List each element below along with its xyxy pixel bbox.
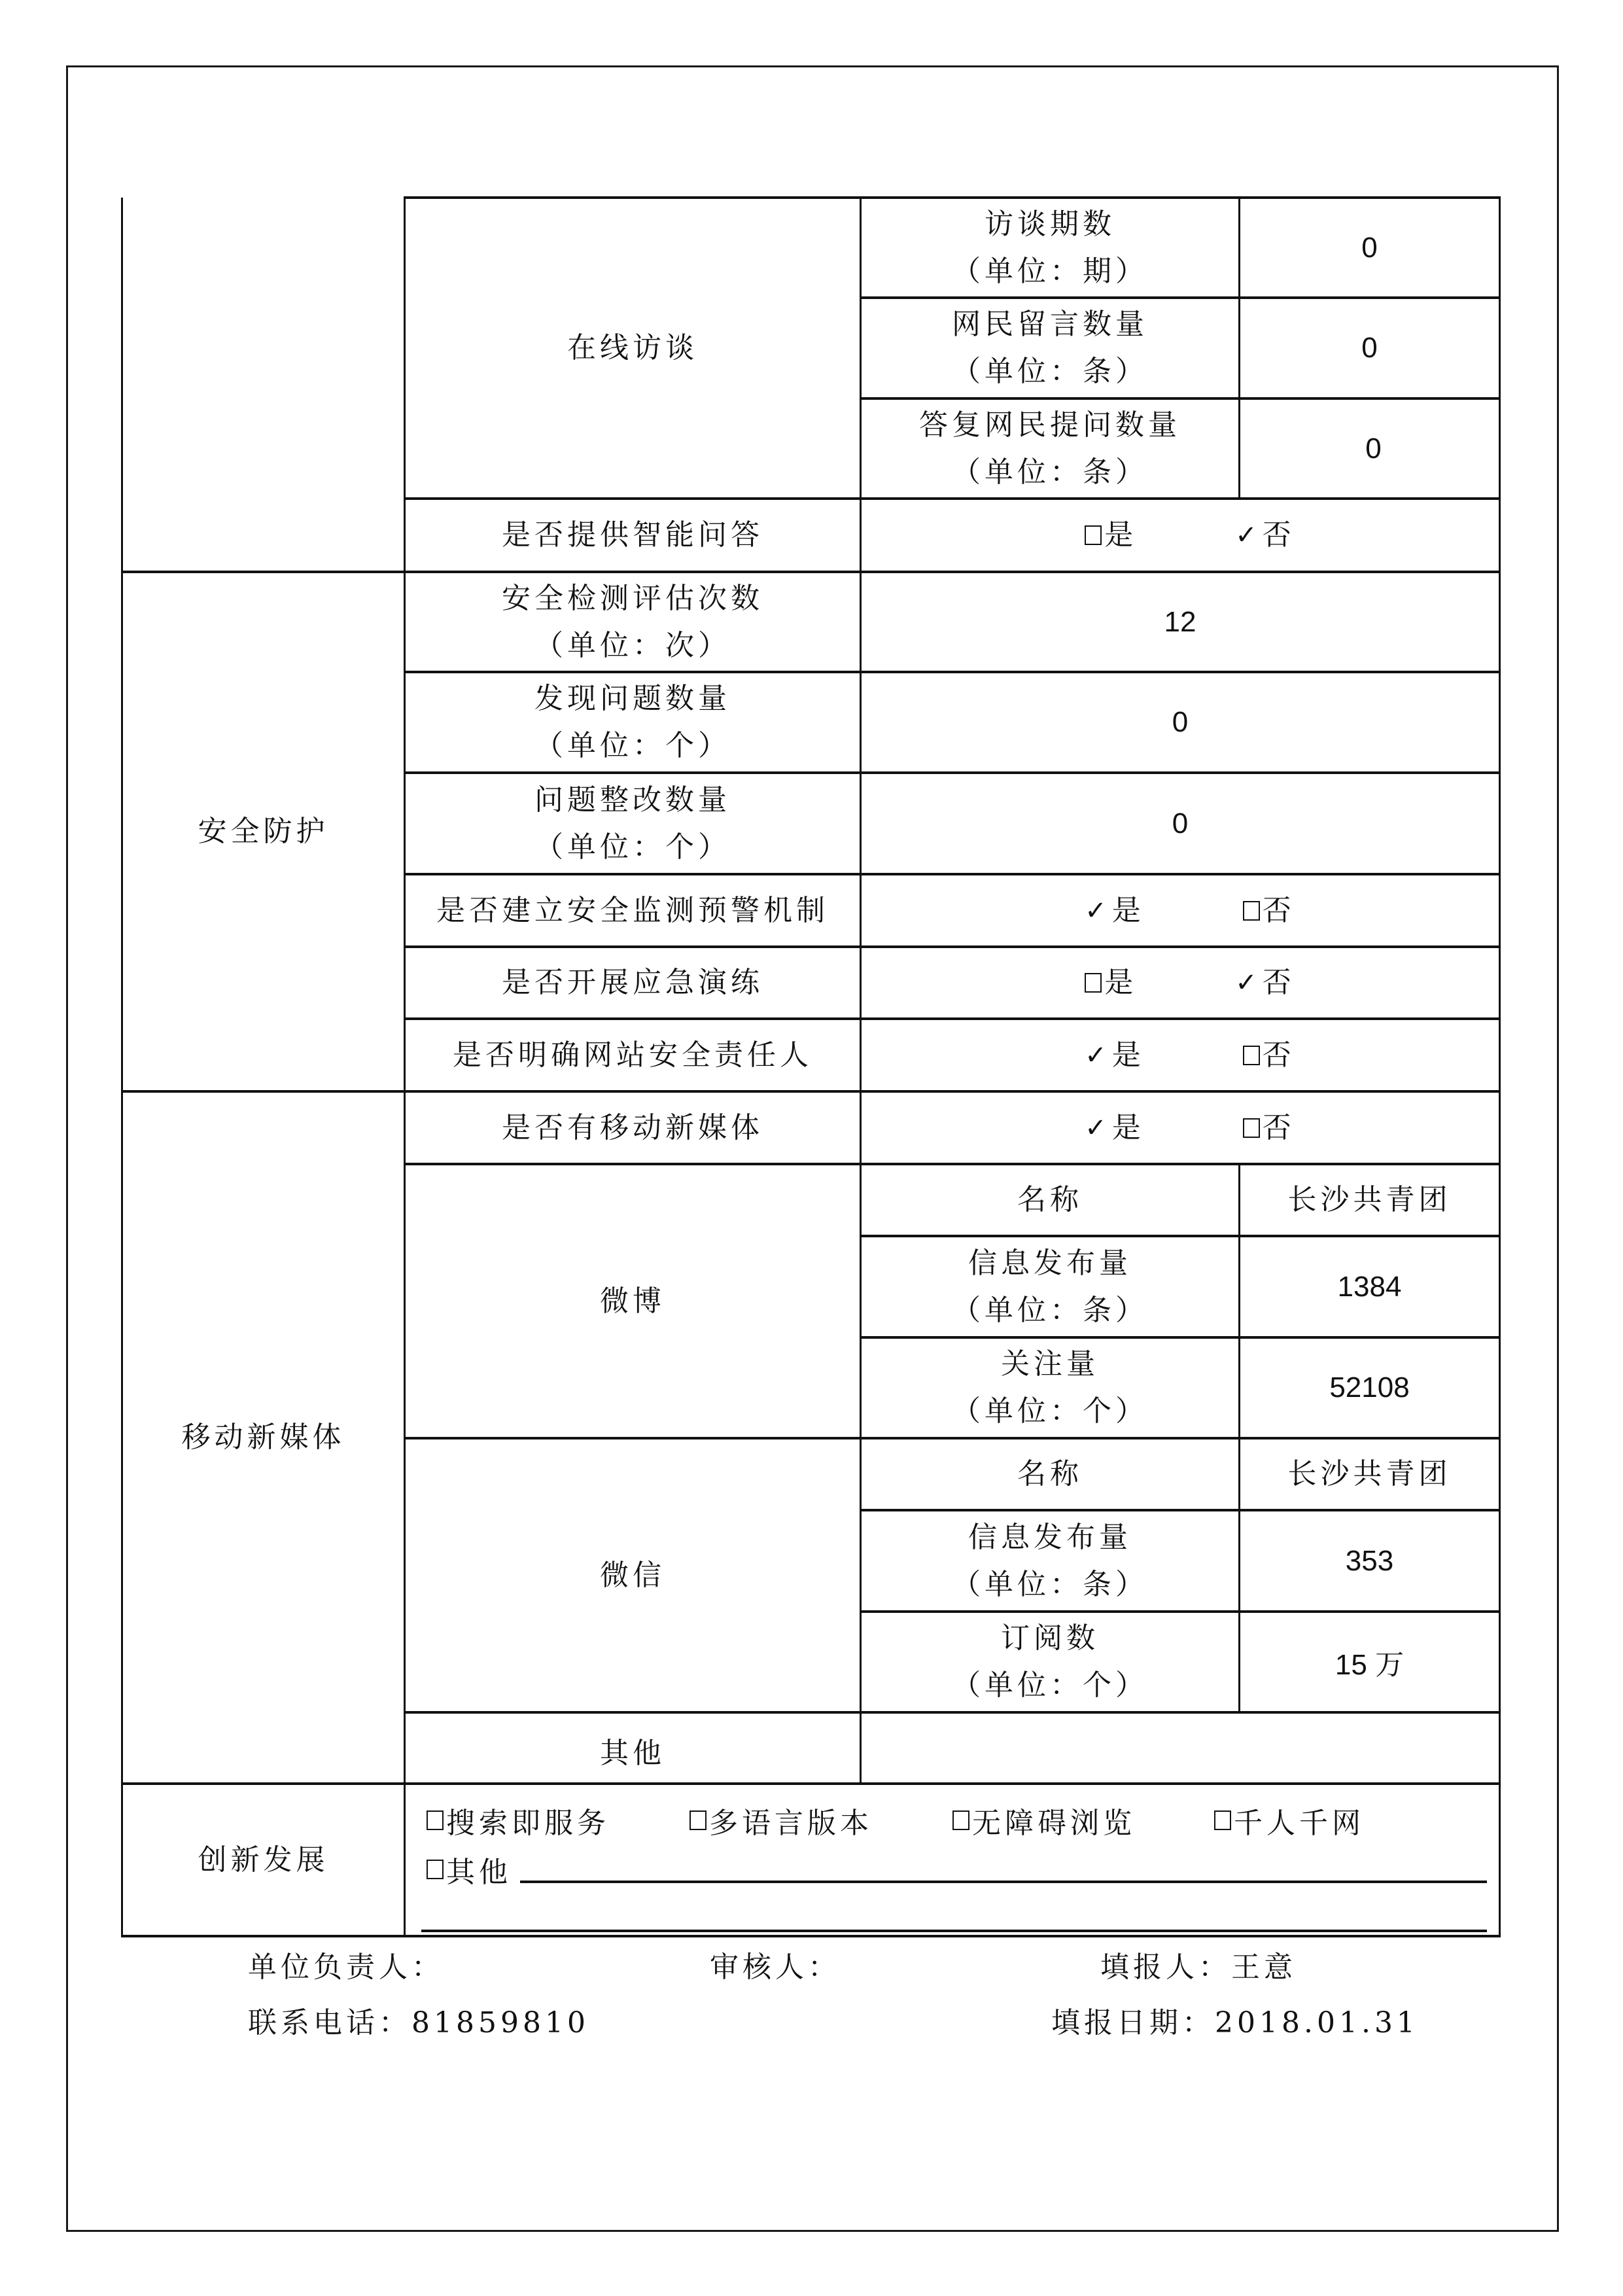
row-label-netizen-messages: 网民留言数量 （单位：条） [862,299,1238,397]
checkmark-icon[interactable]: ✓ [1235,959,1261,1006]
category-wechat: 微信 [406,1439,860,1711]
checkmark-icon[interactable]: ✓ [1085,1032,1111,1079]
weibo-name-label: 名称 [862,1165,1238,1235]
contact-phone: 联系电话：81859810 [248,2004,589,2043]
row-label-issues-fixed: 问题整改数量 （单位：个） [406,774,860,873]
checkbox-empty-icon[interactable] [1243,1046,1260,1065]
option-yes[interactable]: ✓是 [1085,1032,1145,1079]
row-label-has-mobile-media: 是否有移动新媒体 [406,1093,860,1163]
row-label-security-officer: 是否明确网站安全责任人 [406,1020,860,1090]
option-no[interactable]: ✓否 [1235,959,1295,1006]
checkbox-empty-icon[interactable] [952,1810,969,1830]
option-personalized[interactable]: 千人千网 [1214,1799,1365,1841]
other-fill-line-2[interactable] [421,1930,1487,1932]
option-yes[interactable]: 是 [1085,959,1137,1006]
wechat-name-value: 长沙共青团 [1240,1439,1499,1509]
option-search-as-service[interactable]: 搜索即服务 [427,1799,610,1841]
wechat-posts-label: 信息发布量 （单位：条） [862,1511,1238,1610]
checkbox-empty-icon[interactable] [1243,901,1260,921]
row-label-emergency-drill: 是否开展应急演练 [406,948,860,1017]
category-online-interview: 在线访谈 [406,198,860,497]
yesno-emergency-drill: 是 ✓否 [862,948,1499,1017]
category-innovation: 创新发展 [123,1785,404,1935]
checkmark-icon[interactable]: ✓ [1235,512,1261,559]
yesno-smart-qa: 是 ✓否 [862,500,1499,571]
yesno-security-officer: ✓是 否 [862,1020,1499,1090]
weibo-posts-label: 信息发布量 （单位：条） [862,1237,1238,1336]
checkbox-empty-icon[interactable] [689,1810,707,1830]
checkmark-icon[interactable]: ✓ [1085,887,1111,934]
row-label-monitoring-mechanism: 是否建立安全监测预警机制 [406,875,860,945]
option-multilingual[interactable]: 多语言版本 [689,1799,873,1841]
category-weibo: 微博 [406,1165,860,1437]
category-security: 安全防护 [123,573,404,1090]
value-netizen-messages: 0 [1240,299,1499,397]
row-label-issues-found: 发现问题数量 （单位：个） [406,673,860,771]
row-label-replies: 答复网民提问数量 （单位：条） [862,400,1238,497]
option-accessibility[interactable]: 无障碍浏览 [952,1799,1136,1841]
yesno-has-mobile-media: ✓是 否 [862,1093,1499,1163]
wechat-name-label: 名称 [862,1439,1238,1509]
checkmark-icon[interactable]: ✓ [1085,1104,1111,1152]
reviewer-label: 审核人： [710,1948,841,1987]
value-issues-found: 0 [862,673,1499,771]
checkbox-empty-icon[interactable] [1243,1118,1260,1138]
row-label-smart-qa: 是否提供智能问答 [406,500,860,571]
row-label-security-tests: 安全检测评估次数 （单位：次） [406,573,860,671]
row-label-other-media: 其他 [406,1714,860,1782]
option-yes[interactable]: ✓是 [1085,887,1145,934]
option-no[interactable]: 否 [1243,1104,1295,1152]
option-other[interactable]: 其他 [427,1848,512,1890]
value-other-media[interactable] [862,1714,1499,1782]
option-no[interactable]: ✓否 [1235,512,1295,559]
filler: 填报人：王意 [1100,1948,1297,1987]
category-mobile-media: 移动新媒体 [123,1093,404,1782]
yesno-monitoring-mechanism: ✓是 否 [862,875,1499,945]
option-yes[interactable]: 是 [1085,512,1137,559]
unit-head-label: 单位负责人： [248,1948,444,1987]
option-yes[interactable]: ✓是 [1085,1104,1145,1152]
value-replies: 0 [1240,400,1499,497]
value-issues-fixed: 0 [862,774,1499,873]
wechat-subs-value: 15 万 [1240,1613,1499,1711]
weibo-name-value: 长沙共青团 [1240,1165,1499,1235]
wechat-posts-value: 353 [1240,1511,1499,1610]
value-interview-count: 0 [1240,199,1499,296]
weibo-followers-label: 关注量 （单位：个） [862,1339,1238,1437]
checkbox-empty-icon[interactable] [1085,525,1102,545]
fill-date: 填报日期：2018.01.31 [1051,2004,1419,2043]
weibo-posts-value: 1384 [1240,1237,1499,1336]
checkbox-empty-icon[interactable] [427,1810,444,1830]
other-fill-line[interactable] [520,1881,1487,1883]
checkbox-empty-icon[interactable] [1214,1810,1231,1830]
wechat-subs-label: 订阅数 （单位：个） [862,1613,1238,1711]
option-no[interactable]: 否 [1243,887,1295,934]
value-security-tests: 12 [862,573,1499,671]
checkbox-empty-icon[interactable] [1085,973,1102,993]
weibo-followers-value: 52108 [1240,1339,1499,1437]
checkbox-empty-icon[interactable] [427,1860,444,1879]
option-no[interactable]: 否 [1243,1032,1295,1079]
row-label-interview-count: 访谈期数 （单位：期） [862,199,1238,296]
